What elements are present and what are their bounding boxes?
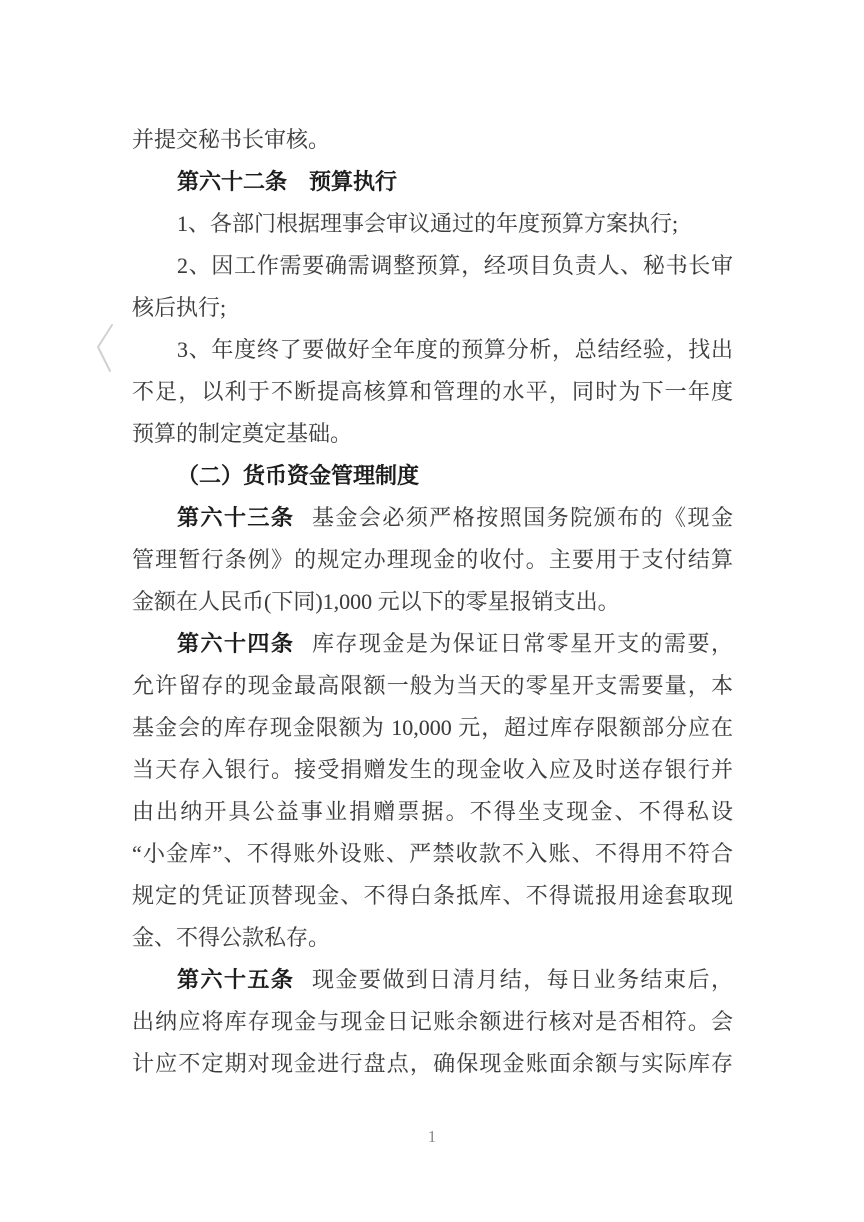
text-line: 预算的制定奠定基础。 — [132, 413, 733, 455]
line-text: 管理暂行条例》的规定办理现金的收付。主要用于支付结算 — [132, 547, 733, 572]
text-line: 规定的凭证顶替现金、不得白条抵库、不得谎报用途套取现 — [132, 875, 733, 917]
document-body: 并提交秘书长审核。 第六十二条 预算执行 1、各部门根据理事会审议通过的年度预算… — [132, 119, 733, 1085]
line-text: 并提交秘书长审核。 — [132, 127, 330, 152]
heading-text: 第六十二条 预算执行 — [177, 169, 397, 194]
text-line: 金额在人民币(下同)1,000 元以下的零星报销支出。 — [132, 581, 733, 623]
article-64-number: 第六十四条 — [177, 631, 294, 656]
text-line: 计应不定期对现金进行盘点，确保现金账面余额与实际库存 — [132, 1043, 733, 1085]
article-65-paragraph-line: 第六十五条现金要做到日清月结，每日业务结束后， — [132, 959, 733, 1001]
text-line: “小金库”、不得账外设账、严禁收款不入账、不得用不符合 — [132, 833, 733, 875]
article-65-number: 第六十五条 — [177, 967, 294, 992]
line-text: 1、各部门根据理事会审议通过的年度预算方案执行; — [177, 211, 678, 236]
text-line: 金、不得公款私存。 — [132, 917, 733, 959]
text-line: 允许留存的现金最高限额一般为当天的零星开支需要量，本 — [132, 665, 733, 707]
line-text: 金额在人民币(下同)1,000 元以下的零星报销支出。 — [132, 589, 620, 614]
text-line: 出纳应将库存现金与现金日记账余额进行核对是否相符。会 — [132, 1001, 733, 1043]
line-text: “小金库”、不得账外设账、严禁收款不入账、不得用不符合 — [132, 841, 733, 866]
line-text: 基金会必须严格按照国务院颁布的《现金 — [312, 505, 733, 530]
scan-artifact — [94, 322, 120, 374]
line-text: 金、不得公款私存。 — [132, 925, 330, 950]
article-62-heading: 第六十二条 预算执行 — [132, 161, 733, 203]
line-text: 允许留存的现金最高限额一般为当天的零星开支需要量，本 — [132, 673, 733, 698]
line-text: 计应不定期对现金进行盘点，确保现金账面余额与实际库存 — [132, 1051, 733, 1076]
article-63-paragraph-line: 第六十三条基金会必须严格按照国务院颁布的《现金 — [132, 497, 733, 539]
section-2-heading: （二）货币资金管理制度 — [132, 455, 733, 497]
heading-text: （二）货币资金管理制度 — [177, 463, 419, 488]
line-text: 出纳应将库存现金与现金日记账余额进行核对是否相符。会 — [132, 1009, 733, 1034]
page-number: 1 — [0, 1126, 864, 1148]
text-line: 不足，以利于不断提高核算和管理的水平，同时为下一年度 — [132, 371, 733, 413]
text-line: 并提交秘书长审核。 — [132, 119, 733, 161]
line-text: 现金要做到日清月结，每日业务结束后， — [312, 967, 733, 992]
text-line: 由出纳开具公益事业捐赠票据。不得坐支现金、不得私设 — [132, 791, 733, 833]
line-text: 由出纳开具公益事业捐赠票据。不得坐支现金、不得私设 — [132, 799, 733, 824]
text-line: 基金会的库存现金限额为 10,000 元，超过库存限额部分应在 — [132, 707, 733, 749]
text-line: 当天存入银行。接受捐赠发生的现金收入应及时送存银行并 — [132, 749, 733, 791]
document-page: 并提交秘书长审核。 第六十二条 预算执行 1、各部门根据理事会审议通过的年度预算… — [0, 0, 864, 1222]
line-text: 3、年度终了要做好全年度的预算分析，总结经验，找出 — [177, 337, 733, 362]
text-line: 管理暂行条例》的规定办理现金的收付。主要用于支付结算 — [132, 539, 733, 581]
line-text: 基金会的库存现金限额为 10,000 元，超过库存限额部分应在 — [132, 715, 733, 740]
article-64-paragraph-line: 第六十四条库存现金是为保证日常零星开支的需要， — [132, 623, 733, 665]
line-text: 2、因工作需要确需调整预算，经项目负责人、秘书长审 — [177, 253, 733, 278]
text-line: 3、年度终了要做好全年度的预算分析，总结经验，找出 — [132, 329, 733, 371]
line-text: 预算的制定奠定基础。 — [132, 421, 352, 446]
line-text: 核后执行; — [132, 295, 226, 320]
line-text: 当天存入银行。接受捐赠发生的现金收入应及时送存银行并 — [132, 757, 733, 782]
text-line: 1、各部门根据理事会审议通过的年度预算方案执行; — [132, 203, 733, 245]
text-line: 核后执行; — [132, 287, 733, 329]
line-text: 不足，以利于不断提高核算和管理的水平，同时为下一年度 — [132, 379, 733, 404]
text-line: 2、因工作需要确需调整预算，经项目负责人、秘书长审 — [132, 245, 733, 287]
line-text: 库存现金是为保证日常零星开支的需要， — [312, 631, 733, 656]
line-text: 规定的凭证顶替现金、不得白条抵库、不得谎报用途套取现 — [132, 883, 733, 908]
article-63-number: 第六十三条 — [177, 505, 294, 530]
